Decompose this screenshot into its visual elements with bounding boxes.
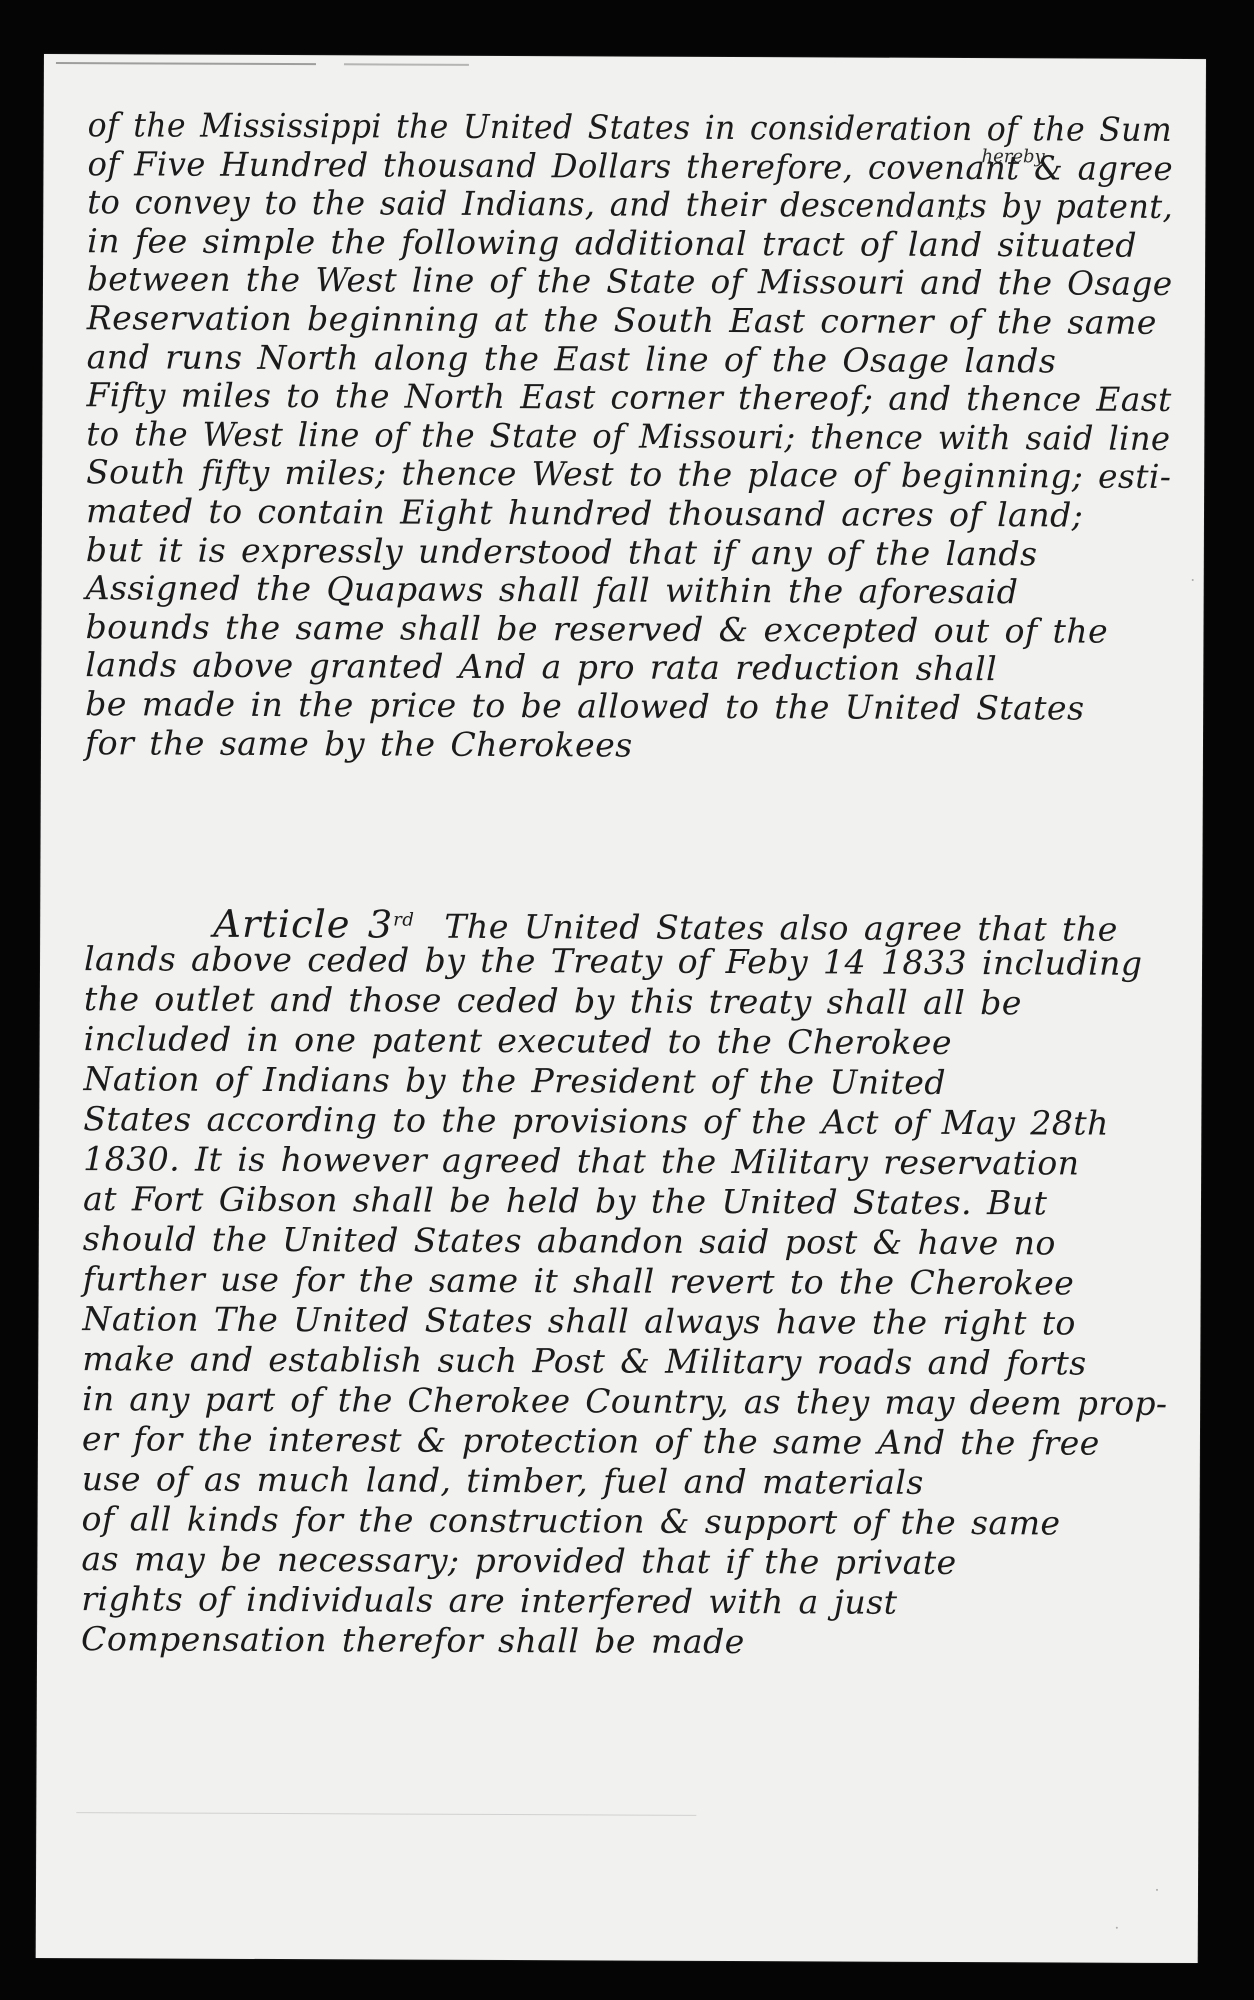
top-faint-rule-short (344, 63, 469, 66)
text-line: Nation of Indians by the President of th… (83, 1059, 1169, 1104)
text-line: lands above granted And a pro rata reduc… (85, 646, 1171, 689)
text-line: but it is expressly understood that if a… (86, 531, 1172, 574)
text-line: in fee simple the following additional t… (87, 222, 1173, 265)
article-ordinal: rd (393, 910, 414, 931)
text-line: the outlet and those ceded by this treat… (84, 979, 1170, 1024)
text-line: and runs North along the East line of th… (87, 338, 1173, 381)
article-heading-line: Article 3rd The United States also agree… (84, 899, 1174, 944)
text-line: Compensation therefor shall be made (81, 1619, 1167, 1664)
text-line: South fifty miles; thence West to the pl… (86, 454, 1163, 497)
text-line: lands above ceded by the Treaty of Feby … (84, 939, 1170, 984)
text-line: 1830. It is however agreed that the Mili… (83, 1139, 1169, 1184)
text-line: between the West line of the State of Mi… (87, 261, 1157, 304)
text-line: rights of individuals are interfered wit… (81, 1579, 1167, 1624)
paper-speck (913, 254, 915, 256)
text-line: Reservation beginning at the South East … (87, 299, 1173, 342)
text-line: as may be necessary; provided that if th… (81, 1539, 1167, 1584)
text-line: of Five Hundred thousand Dollars therefo… (87, 145, 1142, 188)
text-line: Assigned the Quapaws shall fall within t… (86, 569, 1172, 612)
text-line: States according to the provisions of th… (83, 1099, 1169, 1144)
text-line: in any part of the Cherokee Country, as … (82, 1379, 1156, 1424)
paper-speck (1192, 579, 1194, 581)
text-line: at Fort Gibson shall be held by the Unit… (83, 1179, 1169, 1224)
text-line: for the same by the Cherokees (85, 724, 1171, 767)
article-3-paragraph: Article 3rd The United States also agree… (81, 899, 1164, 1664)
text-line: er for the interest & protection of the … (82, 1419, 1168, 1464)
text-line: bounds the same shall be reserved & exce… (85, 608, 1171, 651)
top-faint-rule (56, 62, 316, 65)
paragraph-1: of the Mississippi the United States in … (85, 106, 1168, 767)
text-line: Nation The United States shall always ha… (82, 1299, 1168, 1344)
text-line: use of as much land, timber, fuel and ma… (82, 1459, 1168, 1504)
text-line: mated to contain Eight hundred thousand … (86, 492, 1172, 535)
paper-speck (1116, 1927, 1118, 1929)
text-line: be made in the price to be allowed to th… (85, 685, 1171, 728)
text-line: Fifty miles to the North East corner the… (86, 376, 1163, 419)
text-line: of all kinds for the construction & supp… (82, 1499, 1168, 1544)
bottom-faint-rule (76, 1812, 696, 1816)
text-line: make and establish such Post & Military … (82, 1339, 1168, 1384)
text-line: further use for the same it shall revert… (83, 1259, 1169, 1304)
text-line: should the United States abandon said po… (83, 1219, 1169, 1264)
text-line: to convey to the said Indians, and their… (87, 183, 1135, 226)
text-line: of the Mississippi the United States in … (88, 106, 1118, 149)
text-line: included in one patent executed to the C… (84, 1019, 1170, 1064)
paper-speck (1156, 1889, 1158, 1891)
manuscript-page: hereby ‸ of the Mississippi the United S… (36, 54, 1206, 1963)
text-line: to the West line of the State of Missour… (86, 415, 1141, 458)
